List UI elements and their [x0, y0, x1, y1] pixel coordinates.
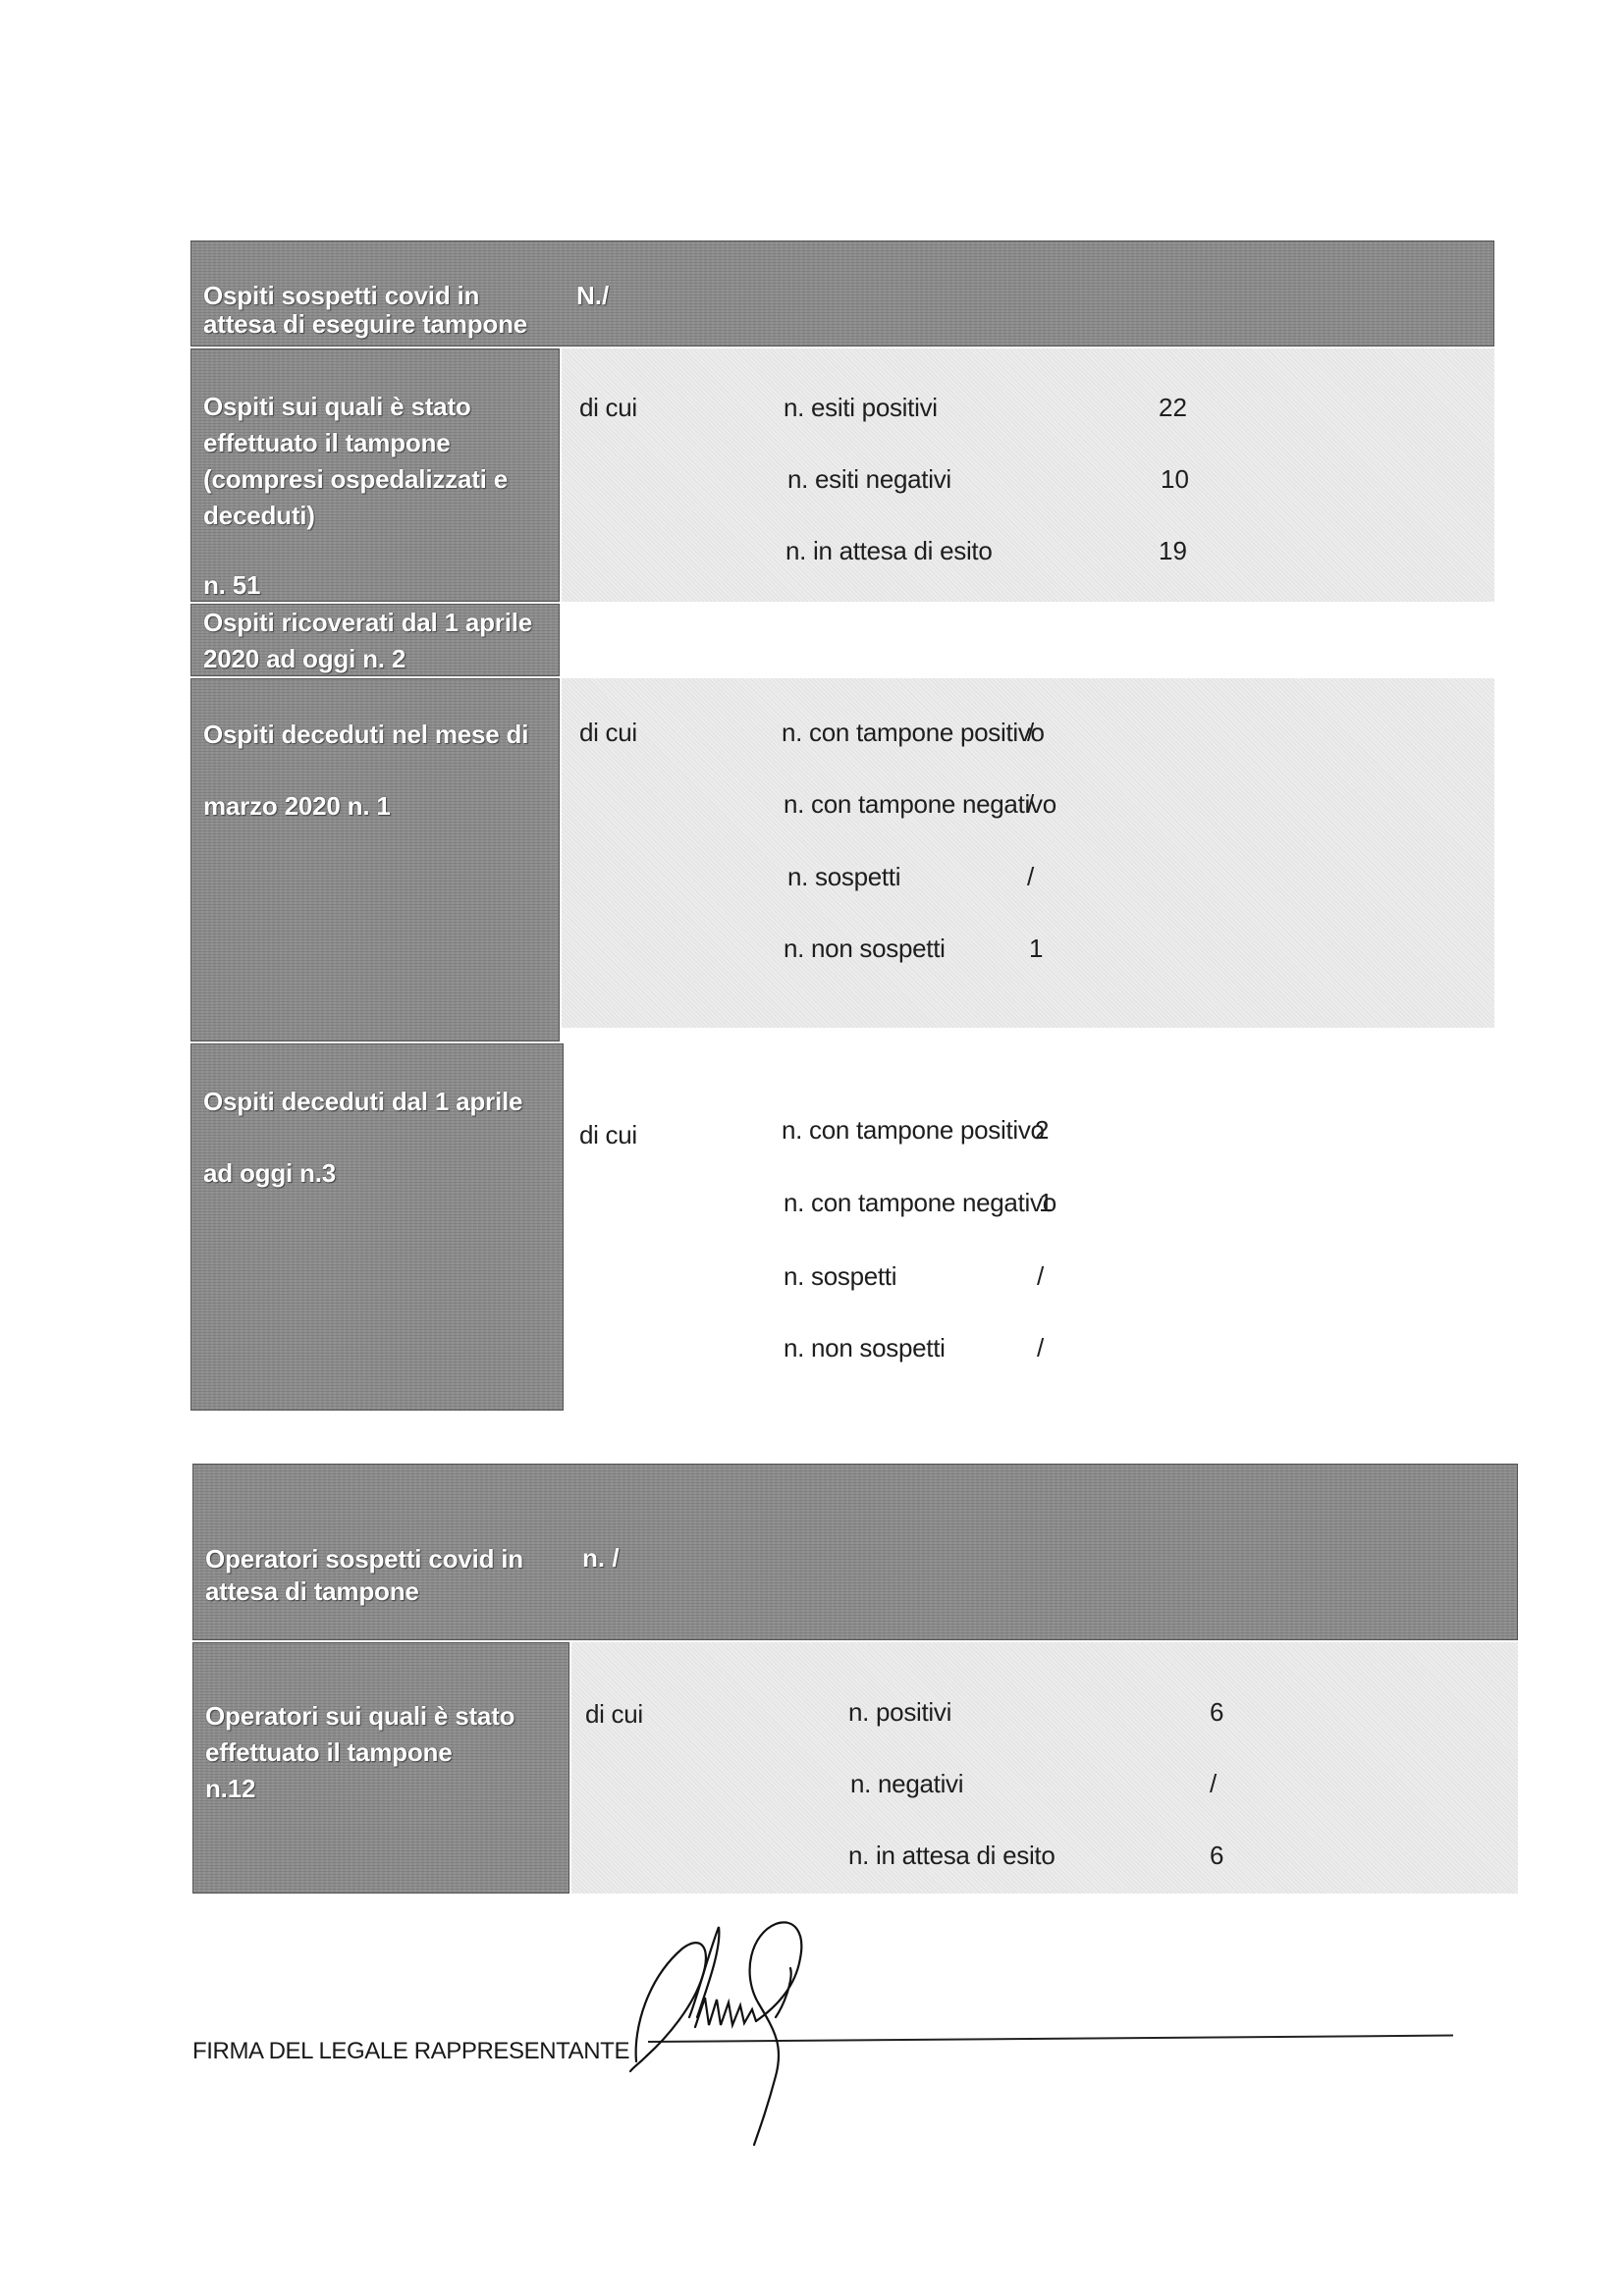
detail-row-label: n. con tampone positivo — [782, 1115, 1045, 1145]
detail-row-label: n. sospetti — [784, 1261, 896, 1291]
operatori-tamponi-label: Operatori sui quali è stato effettuato i… — [205, 1698, 514, 1807]
detail-row-label: n. in attesa di esito — [848, 1841, 1056, 1870]
ospiti-deceduti-marzo-detail-cell: di cui n. con tampone positivo / n. con … — [562, 678, 1494, 1028]
detail-row-value: / — [1210, 1769, 1217, 1798]
detail-row-value: / — [1037, 1333, 1044, 1362]
ospiti-ricoverati-label: Ospiti ricoverati dal 1 aprile 2020 ad o… — [203, 605, 532, 677]
detail-row-label: n. esiti positivi — [784, 393, 938, 422]
operatori-sospetti-row: Operatori sospetti covid in attesa di ta… — [192, 1464, 1518, 1640]
detail-row-value: 1 — [1039, 1188, 1053, 1217]
di-cui-label: di cui — [579, 718, 637, 747]
operatori-sospetti-label: Operatori sospetti covid in attesa di ta… — [205, 1541, 523, 1610]
operatori-sospetti-value: n. / — [582, 1543, 620, 1574]
ospiti-deceduti-aprile-line2: ad oggi n.3 — [203, 1155, 336, 1192]
detail-row-value: 19 — [1159, 536, 1187, 565]
detail-row-value: / — [1027, 862, 1034, 891]
detail-row-label: n. con tampone negativo — [784, 1188, 1056, 1217]
ospiti-ricoverati-label-cell: Ospiti ricoverati dal 1 aprile 2020 ad o… — [190, 604, 560, 676]
detail-row-label: n. non sospetti — [784, 934, 946, 963]
ospiti-ricoverati-empty-cell — [562, 604, 1494, 676]
handwritten-signature-icon — [628, 1919, 962, 2155]
ospiti-tamponi-total: n. 51 — [203, 567, 260, 604]
ospiti-tamponi-detail-cell: di cui n. esiti positivi 22 n. esiti neg… — [562, 348, 1494, 602]
operatori-tamponi-detail-cell: di cui n. positivi 6 n. negativi / n. in… — [571, 1642, 1518, 1894]
ospiti-deceduti-marzo-line2: marzo 2020 n. 1 — [203, 788, 391, 825]
ospiti-sospetti-row: Ospiti sospetti covid in attesa di esegu… — [190, 240, 1494, 347]
detail-row-label: n. con tampone positivo — [782, 718, 1045, 747]
detail-row-label: n. non sospetti — [784, 1333, 946, 1362]
detail-row-label: n. con tampone negativo — [784, 789, 1056, 819]
ospiti-deceduti-aprile-detail-cell: di cui n. con tampone positivo 2 n. con … — [566, 1043, 1494, 1411]
di-cui-label: di cui — [579, 1120, 637, 1149]
di-cui-label: di cui — [579, 393, 637, 422]
ospiti-deceduti-marzo-line1: Ospiti deceduti nel mese di — [203, 717, 528, 753]
signature-label: FIRMA DEL LEGALE RAPPRESENTANTE — [192, 2038, 629, 2065]
detail-row-value: 6 — [1210, 1841, 1223, 1870]
detail-row-value: 6 — [1210, 1697, 1223, 1727]
di-cui-label: di cui — [585, 1699, 643, 1729]
ospiti-deceduti-aprile-label-cell: Ospiti deceduti dal 1 aprile ad oggi n.3 — [190, 1043, 564, 1411]
detail-row-label: n. in attesa di esito — [785, 536, 993, 565]
detail-row-value: / — [1037, 1261, 1044, 1291]
ospiti-sospetti-label: Ospiti sospetti covid in attesa di esegu… — [203, 278, 527, 343]
detail-row-value: 22 — [1159, 393, 1187, 422]
detail-row-label: n. sospetti — [787, 862, 900, 891]
ospiti-deceduti-marzo-label-cell: Ospiti deceduti nel mese di marzo 2020 n… — [190, 678, 560, 1041]
ospiti-tamponi-label-cell: Ospiti sui quali è stato effettuato il t… — [190, 348, 560, 602]
ospiti-tamponi-label: Ospiti sui quali è stato effettuato il t… — [203, 389, 508, 534]
ospiti-deceduti-aprile-line1: Ospiti deceduti dal 1 aprile — [203, 1084, 522, 1120]
detail-row-value: / — [1027, 718, 1034, 747]
detail-row-value: / — [1027, 789, 1034, 819]
detail-row-value: 2 — [1035, 1115, 1049, 1145]
detail-row-value: 10 — [1161, 464, 1189, 494]
detail-row-label: n. esiti negativi — [787, 464, 951, 494]
detail-row-label: n. positivi — [848, 1697, 951, 1727]
detail-row-value: 1 — [1029, 934, 1043, 963]
detail-row-label: n. negativi — [850, 1769, 963, 1798]
ospiti-sospetti-value: N./ — [576, 281, 609, 311]
operatori-tamponi-label-cell: Operatori sui quali è stato effettuato i… — [192, 1642, 569, 1894]
